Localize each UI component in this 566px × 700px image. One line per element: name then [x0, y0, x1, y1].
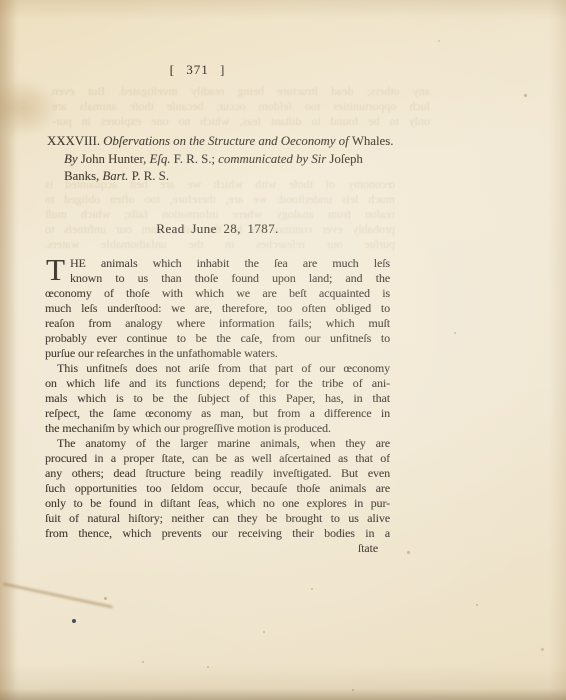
foxing-speck [263, 631, 265, 633]
foxing-speck [311, 588, 313, 590]
foxing-speck [352, 689, 354, 691]
catchword: ſtate [45, 541, 390, 556]
article-heading: XXXVIII. Obſervations on the Structure a… [47, 133, 412, 186]
foxing-speck [541, 648, 544, 651]
scratch-mark [3, 582, 113, 608]
communicator-name: Joſeph [329, 152, 362, 166]
foxing-speck [104, 597, 107, 600]
page-number: [ 371 ] [25, 62, 370, 78]
foxing-speck [438, 40, 440, 42]
article-body: T HE animals which inhabit the ſea are m… [45, 256, 390, 556]
foxing-speck [142, 661, 144, 663]
foxing-speck [207, 666, 209, 668]
foxing-speck [454, 332, 456, 334]
title-subject: Whales. [352, 134, 394, 148]
drop-cap: T [46, 256, 65, 285]
ink-dot [72, 619, 76, 623]
author-name: John Hunter, [81, 152, 150, 166]
paragraph-1: T HE animals which inhabit the ſea are m… [45, 256, 390, 361]
scanned-paper-page: any others; dead ſtructure being readily… [0, 0, 566, 700]
title-italic: Obſervations on the Structure and Oecono… [103, 134, 352, 148]
foxing-speck [407, 551, 410, 554]
heading-line-3: Banks, Bart. P. R. S. [47, 168, 412, 186]
read-date: Read June 28, 1787. [45, 221, 390, 237]
paragraph-3: The anatomy of the larger marine animals… [45, 436, 390, 541]
left-edge-shading [0, 0, 16, 700]
verso-bleed-through-top: any others; dead ſtructure being readily… [52, 84, 430, 129]
heading-line-1: XXXVIII. Obſervations on the Structure a… [47, 133, 412, 151]
verso-bleed-through-middle: œconomy of thoſe with which we are beſt … [45, 177, 395, 252]
paragraph-2: This unfitneſs does not ariſe from that … [45, 361, 390, 436]
foxing-speck [524, 94, 527, 97]
article-number: XXXVIII. [47, 134, 103, 148]
foxing-speck [476, 604, 478, 606]
heading-line-2: By John Hunter, Eſq. F. R. S.; communica… [47, 151, 412, 169]
